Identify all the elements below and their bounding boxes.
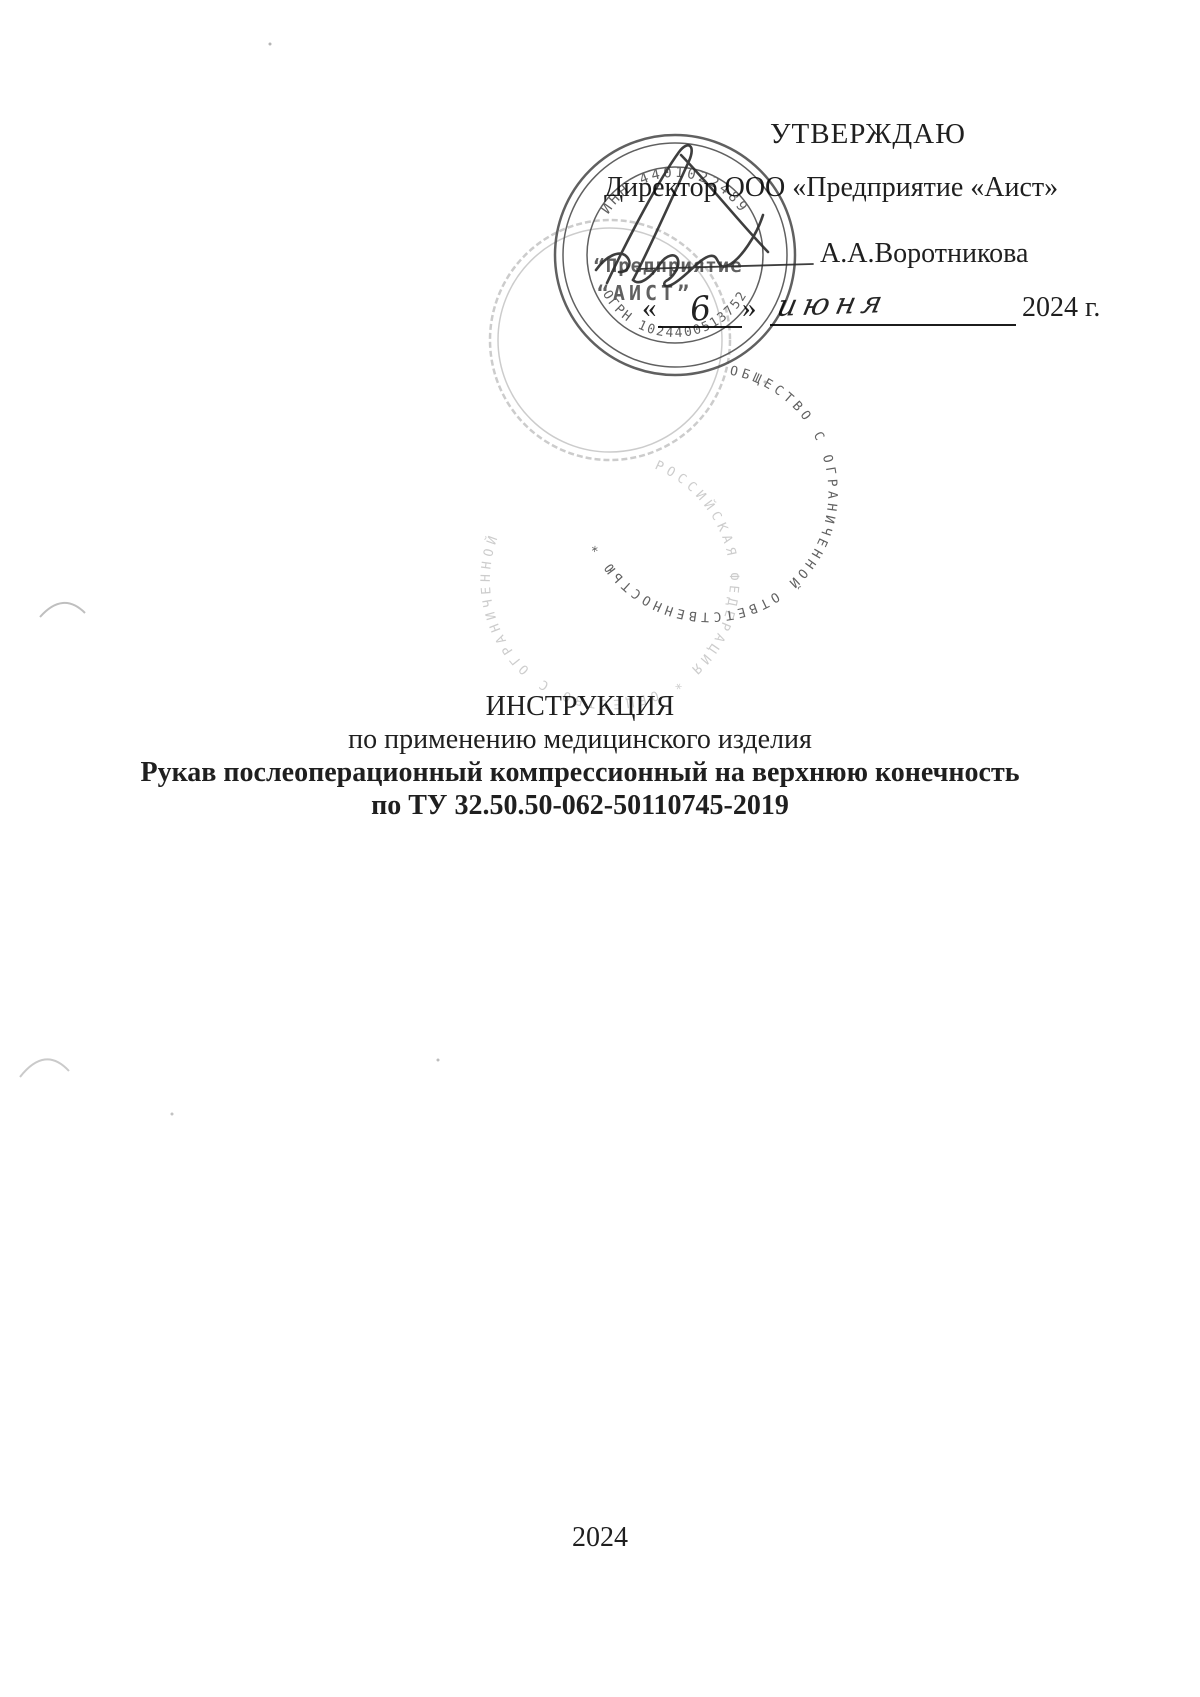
signature-baseline <box>637 264 813 269</box>
stamp-ring-text: ОБЩЕСТВО С ОГРАНИЧЕННОЙ ОТВЕТСТВЕННОСТЬЮ… <box>588 364 840 624</box>
stamp-faint-inner-ring <box>498 228 722 452</box>
title-block: ИНСТРУКЦИЯ по применению медицинского из… <box>60 690 1100 822</box>
scan-arc-mark-bottom <box>20 1059 69 1077</box>
svg-text:РОССИЙСКАЯ ФЕДЕРАЦИЯ * ОБЩЕСТВ: РОССИЙСКАЯ ФЕДЕРАЦИЯ * ОБЩЕСТВО С ОГРАНИ… <box>479 458 741 711</box>
signature-scribble <box>596 145 813 286</box>
date-close-quote: » <box>742 292 757 325</box>
scan-speck <box>764 381 767 384</box>
date-day-blank: 6 <box>658 294 742 328</box>
title-line-instruction: ИНСТРУКЦИЯ <box>60 690 1100 723</box>
date-open-quote: « <box>642 292 657 325</box>
title-line-product: Рукав послеоперационный компрессионный н… <box>60 756 1100 789</box>
director-position-line: Директор ООО «Предприятие «Аист» <box>604 172 1058 204</box>
scan-speck <box>269 43 272 46</box>
title-line-tu-number: по ТУ 32.50.50-062-50110745-2019 <box>60 789 1100 822</box>
svg-text:ОБЩЕСТВО С ОГРАНИЧЕННОЙ ОТВЕТС: ОБЩЕСТВО С ОГРАНИЧЕННОЙ ОТВЕТСТВЕННОСТЬЮ… <box>588 364 840 624</box>
signature-stroke-letters <box>596 215 763 286</box>
company-stamp: ОБЩЕСТВО С ОГРАНИЧЕННОЙ ОТВЕТСТВЕННОСТЬЮ… <box>555 135 839 624</box>
handwritten-month: июня <box>774 286 892 324</box>
approve-word: УТВЕРЖДАЮ <box>770 118 966 151</box>
scan-speck <box>171 1113 174 1116</box>
scanned-document-page: УТВЕРЖДАЮ Директор ООО «Предприятие «Аис… <box>0 0 1200 1697</box>
scan-arc-mark-top <box>40 603 85 617</box>
stamp-outer-ring <box>555 135 795 375</box>
date-month-blank: июня <box>770 288 1016 326</box>
footer-year: 2024 <box>0 1522 1200 1554</box>
scan-speck <box>437 1059 440 1062</box>
signer-name: А.А.Воротникова <box>820 238 1028 270</box>
date-year-suffix: 2024 г. <box>1022 292 1100 324</box>
handwritten-day: 6 <box>688 293 712 325</box>
signature-stroke-loop <box>607 145 692 283</box>
stamp-faint-ring-text: РОССИЙСКАЯ ФЕДЕРАЦИЯ * ОБЩЕСТВО С ОГРАНИ… <box>479 458 741 711</box>
title-line-subtitle: по применению медицинского изделия <box>60 723 1100 756</box>
stamp-center-line1: “Предприятие <box>593 255 742 277</box>
stamp-faint-outer-ring <box>490 220 730 460</box>
